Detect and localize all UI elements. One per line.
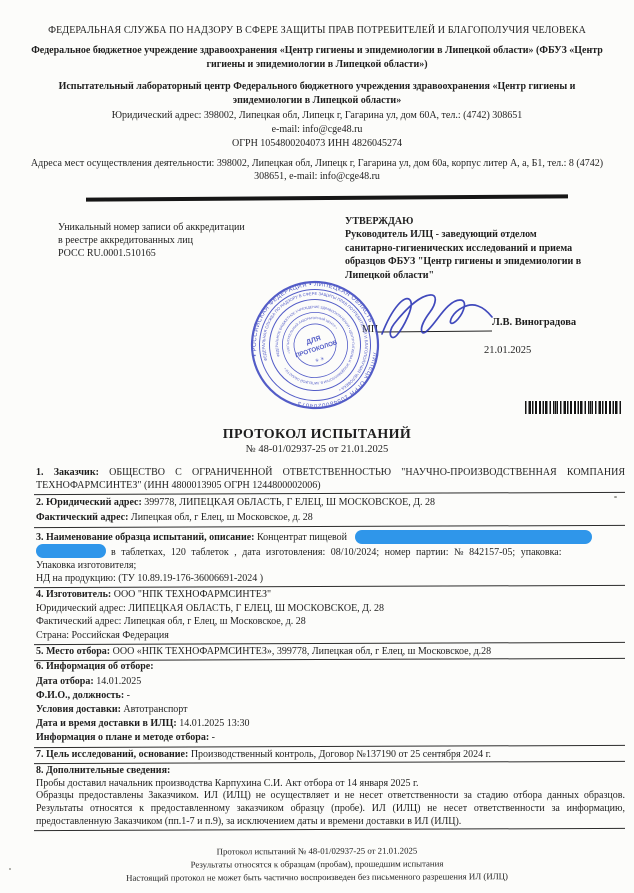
delivery-conditions-label: Условия доставки: — [36, 704, 121, 715]
stamp-stars: ✳ ✳ — [314, 356, 325, 365]
email-line: e-mail: info@cge48.ru — [22, 123, 612, 136]
delivery-datetime-value: 14.01.2025 13:30 — [179, 718, 249, 729]
protocol-title: ПРОТОКОЛ ИСПЫТАНИЙ — [0, 427, 634, 443]
section-3-text-line3: Упаковка изготовителя; — [36, 559, 625, 572]
section-7-label: 7. Цель исследований, основание: — [36, 749, 188, 760]
sampling-plan-label: Информация о плане и методе отбора: — [36, 732, 209, 743]
sampling-person-value: - — [127, 690, 130, 701]
section-8-paragraph: Образцы предоставлены Заказчиком. ИЛ (ИЛ… — [36, 790, 625, 828]
accreditation-block: Уникальный номер записи об аккредитации … — [58, 221, 288, 260]
redaction-box-2 — [36, 544, 106, 558]
section-2-text: 399778, ЛИПЕЦКАЯ ОБЛАСТЬ, Г ЕЛЕЦ, Ш МОСК… — [144, 497, 435, 508]
barcode — [525, 401, 621, 414]
protocol-number: № 48-01/02937-25 от 21.01.2025 — [0, 444, 634, 455]
stamp-for-protocols: • РОССИЙСКАЯ ФЕДЕРАЦИЯ • ЛИПЕЦКАЯ ОБЛАСТ… — [248, 278, 382, 412]
approval-date: 21.01.2025 — [484, 345, 531, 356]
section-4-legal: Юридический адрес: ЛИПЕЦКАЯ ОБЛАСТЬ, Г Е… — [36, 602, 625, 616]
section-8-label: 8. Дополнительные сведения: — [36, 765, 170, 776]
accreditation-line2: в реестре аккредитованных лиц — [58, 234, 288, 247]
delivery-conditions-value: Автотранспорт — [123, 704, 187, 715]
footer-block: Протокол испытаний № 48-01/02937-25 от 2… — [0, 844, 634, 886]
organization-name: Федеральное бюджетное учреждение здравоо… — [23, 44, 611, 72]
header-block: ФЕДЕРАЛЬНАЯ СЛУЖБА ПО НАДЗОРУ В СФЕРЕ ЗА… — [22, 24, 612, 183]
signature-stroke — [378, 288, 496, 351]
activity-addresses: Адреса мест осуществления деятельности: … — [23, 157, 611, 183]
svg-text:ФЕДЕРАЛЬНАЯ СЛУЖБА ПО НАДЗОРУ: ФЕДЕРАЛЬНАЯ СЛУЖБА ПО НАДЗОРУ В СФЕРЕ ЗА… — [248, 278, 382, 412]
section-3-label: 3. Наименование образца испытаний, описа… — [36, 532, 254, 543]
section-6-sampling-info: 6. Информация об отборе: Дата отбора: 14… — [36, 661, 625, 744]
section-5-sampling-place: 5. Место отбора: ООО «НПК ТЕХНОФАРМСИНТЕ… — [36, 645, 625, 658]
stamp-ring-middle: ФЕДЕРАЛЬНАЯ СЛУЖБА ПО НАДЗОРУ В СФЕРЕ ЗА… — [248, 278, 382, 412]
section-2-actual-label: Фактический адрес: — [36, 512, 128, 523]
section-1-customer: 1. Заказчик: ОБЩЕСТВО С ОГРАНИЧЕННОЙ ОТВ… — [36, 467, 625, 492]
section-7-purpose: 7. Цель исследований, основание: Произво… — [36, 748, 625, 761]
section-7-text: Производственный контроль, Договор №1371… — [191, 749, 491, 760]
sampling-date-label: Дата отбора: — [36, 676, 94, 687]
section-divider — [34, 525, 625, 528]
accreditation-number: РОСС RU.0001.510165 — [58, 247, 288, 260]
section-2-actual-text: Липецкая обл, г Елец, ш Московское, д. 2… — [131, 512, 313, 523]
section-1-text: ОБЩЕСТВО С ОГРАНИЧЕННОЙ ОТВЕТСТВЕННОСТЬЮ… — [36, 467, 625, 491]
approval-title: УТВЕРЖДАЮ — [345, 215, 583, 228]
section-3-text-line4: НД на продукцию: (ТУ 10.89.19-176-360066… — [36, 572, 625, 585]
legal-address: Юридический адрес: 398002, Липецкая обл,… — [22, 109, 612, 122]
section-4-country: Страна: Российская Федерация — [36, 629, 625, 643]
sampling-person-label: Ф.И.О., должность: — [36, 690, 124, 701]
scan-speck — [614, 496, 617, 498]
header-divider — [86, 194, 568, 201]
section-4-text: ООО "НПК ТЕХНОФАРМСИНТЕЗ" — [114, 589, 271, 600]
section-4-actual: Фактический адрес: Липецкая обл, г Елец,… — [36, 615, 625, 629]
signer-name: Л.В. Виноградова — [492, 317, 576, 328]
section-8-line1: Пробы доставил начальник производства Ка… — [36, 777, 625, 790]
section-5-label: 5. Место отбора: — [36, 646, 110, 657]
approval-block: УТВЕРЖДАЮ Руководитель ИЛЦ - заведующий … — [345, 215, 583, 282]
section-5-text: ООО «НПК ТЕХНОФАРМСИНТЕЗ», 399778, Липец… — [113, 646, 492, 657]
delivery-datetime-label: Дата и время доставки в ИЛЦ: — [36, 718, 177, 729]
section-6-label: 6. Информация об отборе: — [36, 661, 154, 672]
section-3-text-line2: в таблетках, 120 таблеток , дата изготов… — [111, 547, 562, 558]
section-1-label: 1. Заказчик: — [36, 467, 99, 478]
section-3-sample: 3. Наименование образца испытаний, описа… — [36, 530, 625, 585]
section-4-manufacturer: 4. Изготовитель: ООО "НПК ТЕХНОФАРМСИНТЕ… — [36, 588, 625, 642]
federal-service-name: ФЕДЕРАЛЬНАЯ СЛУЖБА ПО НАДЗОРУ В СФЕРЕ ЗА… — [30, 24, 605, 38]
section-divider — [34, 828, 625, 831]
lab-center-name: Испытательный лабораторный центр Федерал… — [31, 80, 603, 108]
sampling-date-value: 14.01.2025 — [96, 676, 141, 687]
approval-position: Руководитель ИЛЦ - заведующий отделом са… — [345, 229, 581, 280]
scan-speck — [9, 868, 11, 870]
section-4-label: 4. Изготовитель: — [36, 589, 111, 600]
ogrn-inn-line: ОГРН 1054800204073 ИНН 4826045274 — [22, 137, 612, 150]
accreditation-line1: Уникальный номер записи об аккредитации — [58, 221, 288, 234]
section-2-legal-address: 2. Юридический адрес: 399778, ЛИПЕЦКАЯ О… — [36, 495, 625, 525]
section-8-additional-info: 8. Дополнительные сведения: Пробы достав… — [36, 764, 625, 828]
scanned-protocol-page: ФЕДЕРАЛЬНАЯ СЛУЖБА ПО НАДЗОРУ В СФЕРЕ ЗА… — [0, 0, 634, 893]
redaction-box-1 — [355, 530, 592, 544]
protocol-body: 1. Заказчик: ОБЩЕСТВО С ОГРАНИЧЕННОЙ ОТВ… — [36, 467, 625, 831]
section-3-text-before: Концентрат пищевой — [257, 532, 347, 543]
footer-line-3: Настоящий протокол не может быть частичн… — [0, 870, 634, 886]
sampling-plan-value: - — [212, 732, 215, 743]
section-2-label: 2. Юридический адрес: — [36, 497, 142, 508]
